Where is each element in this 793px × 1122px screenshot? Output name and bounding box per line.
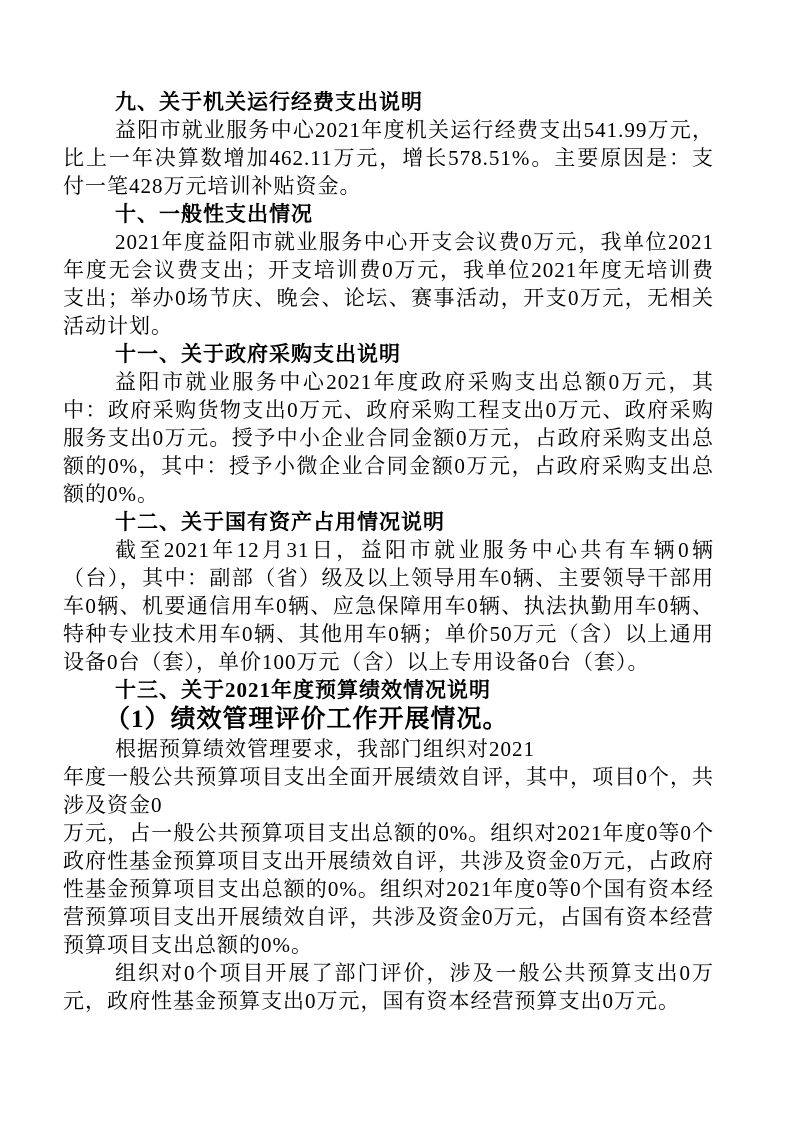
text-line: 万元，占一般公共预算项目支出总额的0%。组织对2021年度0等0个政府性基金预算… [63,821,714,957]
paragraph: 组织对0个项目开展了部门评价，涉及一般公共预算支出0万元，政府性基金预算支出0万… [63,959,714,1015]
section: 十二、关于国有资产占用情况说明截至2021年12月31日，益阳市就业服务中心共有… [63,508,714,676]
paragraph: 益阳市就业服务中心2021年度机关运行经费支出541.99万元，比上一年决算数增… [63,116,714,200]
section-heading: 十三、关于2021年度预算绩效情况说明 [63,676,714,704]
paragraph: 益阳市就业服务中心2021年度政府采购支出总额0万元，其中：政府采购货物支出0万… [63,368,714,508]
section-heading: 十一、关于政府采购支出说明 [63,340,714,368]
section: 十一、关于政府采购支出说明益阳市就业服务中心2021年度政府采购支出总额0万元，… [63,340,714,508]
text-line: 根据预算绩效管理要求，我部门组织对2021 [115,737,535,761]
section-subheading: （1）绩效管理评价工作开展情况。 [63,704,714,735]
section-heading: 十、一般性支出情况 [63,200,714,228]
section-heading: 十二、关于国有资产占用情况说明 [63,508,714,536]
document-body: 九、关于机关运行经费支出说明益阳市就业服务中心2021年度机关运行经费支出541… [63,88,714,1015]
document-page: 九、关于机关运行经费支出说明益阳市就业服务中心2021年度机关运行经费支出541… [0,0,793,1122]
section: 十、一般性支出情况2021年度益阳市就业服务中心开支会议费0万元，我单位2021… [63,200,714,340]
text-line: 年度一般公共预算项目支出全面开展绩效自评，其中，项目0个，共涉及资金0 [63,765,714,817]
paragraph: 截至2021年12月31日，益阳市就业服务中心共有车辆0辆（台），其中：副部（省… [63,536,714,676]
section: 九、关于机关运行经费支出说明益阳市就业服务中心2021年度机关运行经费支出541… [63,88,714,200]
section: 十三、关于2021年度预算绩效情况说明（1）绩效管理评价工作开展情况。根据预算绩… [63,676,714,1015]
paragraph: 根据预算绩效管理要求，我部门组织对2021年度一般公共预算项目支出全面开展绩效自… [63,735,714,959]
paragraph: 2021年度益阳市就业服务中心开支会议费0万元，我单位2021年度无会议费支出；… [63,228,714,340]
section-heading: 九、关于机关运行经费支出说明 [63,88,714,116]
